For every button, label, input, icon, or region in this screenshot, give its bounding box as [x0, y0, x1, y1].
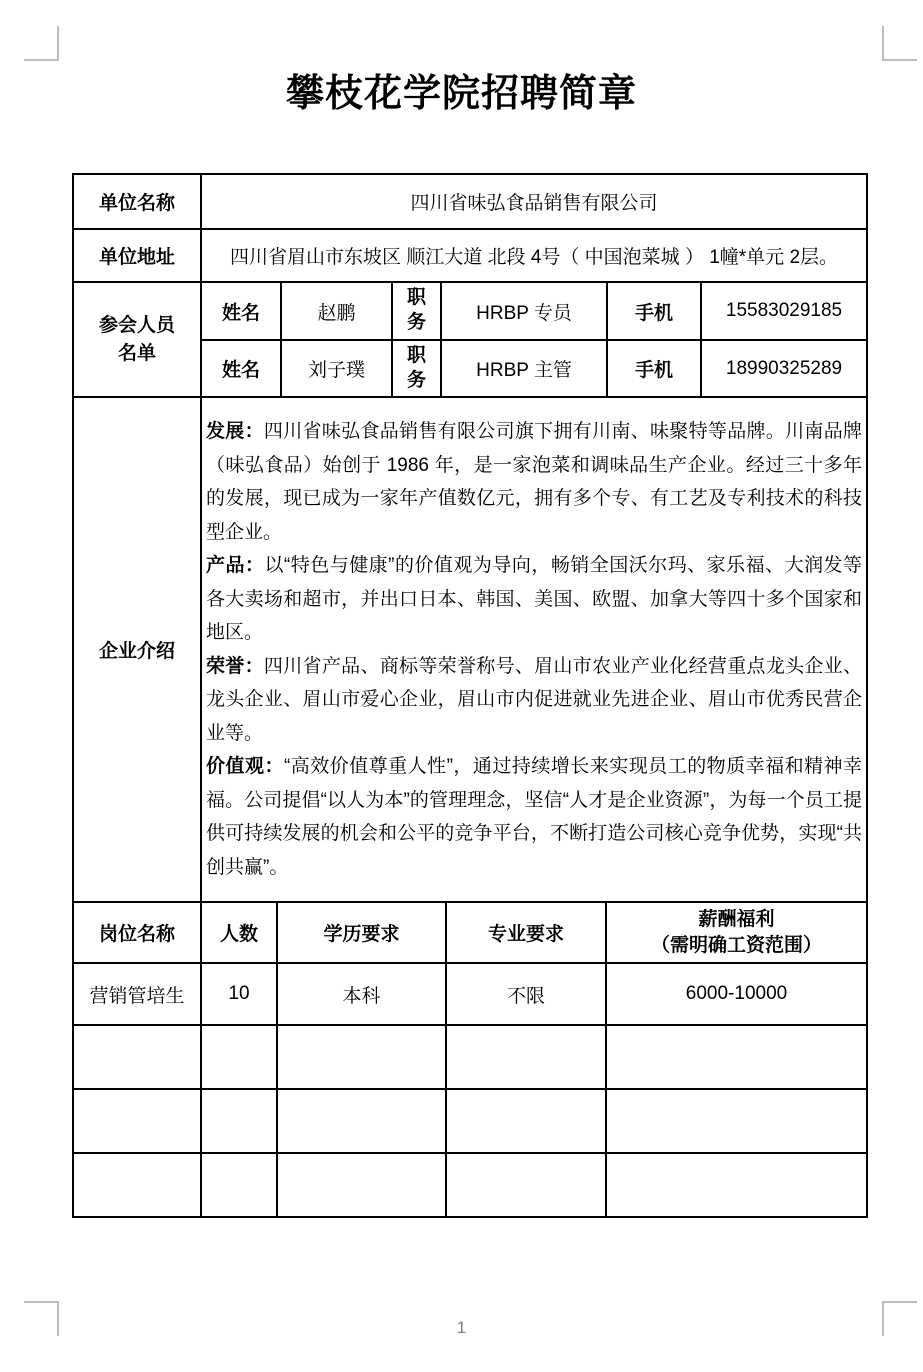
header-education: 学历要求 [277, 903, 446, 963]
job-title-label: 职务 [392, 282, 441, 340]
intro-paragraph-honors: 荣誉：四川省产品、商标等荣誉称号、眉山市农业产业化经营重点龙头企业、龙头企业、眉… [206, 650, 862, 751]
attendees-label-line2: 名单 [78, 340, 196, 368]
phone-label: 手机 [607, 282, 701, 340]
table-row: 单位地址 四川省眉山市东坡区 顺江大道 北段 4号（ 中国泡菜城 ） 1幢*单元… [73, 229, 867, 282]
attendees-label-line1: 参会人员 [78, 312, 196, 340]
intro-heading: 价值观： [206, 756, 284, 777]
position-post: 营销管培生 [73, 963, 201, 1025]
position-major: 不限 [446, 963, 606, 1025]
position-count [201, 1089, 277, 1153]
attendee-name: 赵鹏 [281, 282, 392, 340]
table-row: 企业介绍 发展：四川省味弘食品销售有限公司旗下拥有川南、味聚特等品牌。川南品牌（… [73, 397, 867, 902]
header-salary-line2: （需明确工资范围） [611, 933, 862, 959]
intro-text: 以“特色与健康”的价值观为导向，畅销全国沃尔玛、家乐福、大润发等各大卖场和超市，… [206, 555, 862, 643]
document-page: 攀枝花学院招聘简章 单位名称 四川省味弘食品销售有限公司 单位地址 四川省眉山市… [0, 0, 923, 1372]
position-salary: 6000-10000 [606, 963, 867, 1025]
recruitment-table: 单位名称 四川省味弘食品销售有限公司 单位地址 四川省眉山市东坡区 顺江大道 北… [72, 173, 866, 1218]
header-post: 岗位名称 [73, 903, 201, 963]
name-label: 姓名 [201, 282, 281, 340]
attendees-label: 参会人员 名单 [73, 282, 201, 397]
company-intro-label: 企业介绍 [73, 397, 201, 902]
crop-mark-top-left [24, 26, 59, 61]
header-count: 人数 [201, 903, 277, 963]
intro-paragraph-products: 产品：以“特色与健康”的价值观为导向，畅销全国沃尔玛、家乐福、大润发等各大卖场和… [206, 549, 862, 650]
position-row: 营销管培生 10 本科 不限 6000-10000 [73, 963, 867, 1025]
job-title-label-text: 职务 [406, 286, 427, 335]
intro-heading: 发展： [206, 421, 264, 442]
intro-text: 四川省味弘食品销售有限公司旗下拥有川南、味聚特等品牌。川南品牌（味弘食品）始创于… [206, 421, 862, 543]
position-education [277, 1153, 446, 1217]
position-post [73, 1089, 201, 1153]
attendee-phone: 18990325289 [701, 340, 867, 397]
position-education [277, 1025, 446, 1089]
intro-paragraph-values: 价值观：“高效价值尊重人性”，通过持续增长来实现员工的物质幸福和精神幸福。公司提… [206, 750, 862, 884]
header-major: 专业要求 [446, 903, 606, 963]
position-major [446, 1089, 606, 1153]
crop-mark-top-right [882, 26, 917, 61]
position-education: 本科 [277, 963, 446, 1025]
position-row-empty [73, 1025, 867, 1089]
position-salary [606, 1089, 867, 1153]
table-row: 参会人员 名单 姓名 赵鹏 职务 HRBP 专员 手机 15583029185 [73, 282, 867, 340]
unit-address-label: 单位地址 [73, 229, 201, 282]
job-title-label-text: 职务 [406, 344, 427, 393]
positions-table: 岗位名称 人数 学历要求 专业要求 薪酬福利 （需明确工资范围） 营销管培生 1… [72, 903, 868, 1218]
position-post [73, 1025, 201, 1089]
position-post [73, 1153, 201, 1217]
intro-heading: 荣誉： [206, 656, 264, 677]
page-number: 1 [0, 1318, 923, 1338]
unit-name-value: 四川省味弘食品销售有限公司 [201, 174, 867, 229]
positions-header-row: 岗位名称 人数 学历要求 专业要求 薪酬福利 （需明确工资范围） [73, 903, 867, 963]
intro-heading: 产品： [206, 555, 264, 576]
position-count [201, 1025, 277, 1089]
attendee-phone: 15583029185 [701, 282, 867, 340]
name-label: 姓名 [201, 340, 281, 397]
phone-label: 手机 [607, 340, 701, 397]
intro-paragraph-development: 发展：四川省味弘食品销售有限公司旗下拥有川南、味聚特等品牌。川南品牌（味弘食品）… [206, 415, 862, 549]
unit-address-value: 四川省眉山市东坡区 顺江大道 北段 4号（ 中国泡菜城 ） 1幢*单元 2层。 [201, 229, 867, 282]
table-row: 单位名称 四川省味弘食品销售有限公司 [73, 174, 867, 229]
position-row-empty [73, 1153, 867, 1217]
position-salary [606, 1025, 867, 1089]
position-education [277, 1089, 446, 1153]
page-title: 攀枝花学院招聘简章 [0, 62, 923, 117]
job-title-label: 职务 [392, 340, 441, 397]
position-count [201, 1153, 277, 1217]
header-salary-line1: 薪酬福利 [611, 907, 862, 933]
company-intro-content: 发展：四川省味弘食品销售有限公司旗下拥有川南、味聚特等品牌。川南品牌（味弘食品）… [201, 397, 867, 902]
unit-name-label: 单位名称 [73, 174, 201, 229]
position-salary [606, 1153, 867, 1217]
position-count: 10 [201, 963, 277, 1025]
attendee-job-title: HRBP 专员 [441, 282, 607, 340]
intro-text: “高效价值尊重人性”，通过持续增长来实现员工的物质幸福和精神幸福。公司提倡“以人… [206, 756, 862, 878]
attendee-job-title: HRBP 主管 [441, 340, 607, 397]
attendee-name: 刘子璞 [281, 340, 392, 397]
position-major [446, 1025, 606, 1089]
position-major [446, 1153, 606, 1217]
intro-text: 四川省产品、商标等荣誉称号、眉山市农业产业化经营重点龙头企业、龙头企业、眉山市爱… [206, 656, 862, 744]
header-salary: 薪酬福利 （需明确工资范围） [606, 903, 867, 963]
company-info-table: 单位名称 四川省味弘食品销售有限公司 单位地址 四川省眉山市东坡区 顺江大道 北… [72, 173, 868, 903]
position-row-empty [73, 1089, 867, 1153]
